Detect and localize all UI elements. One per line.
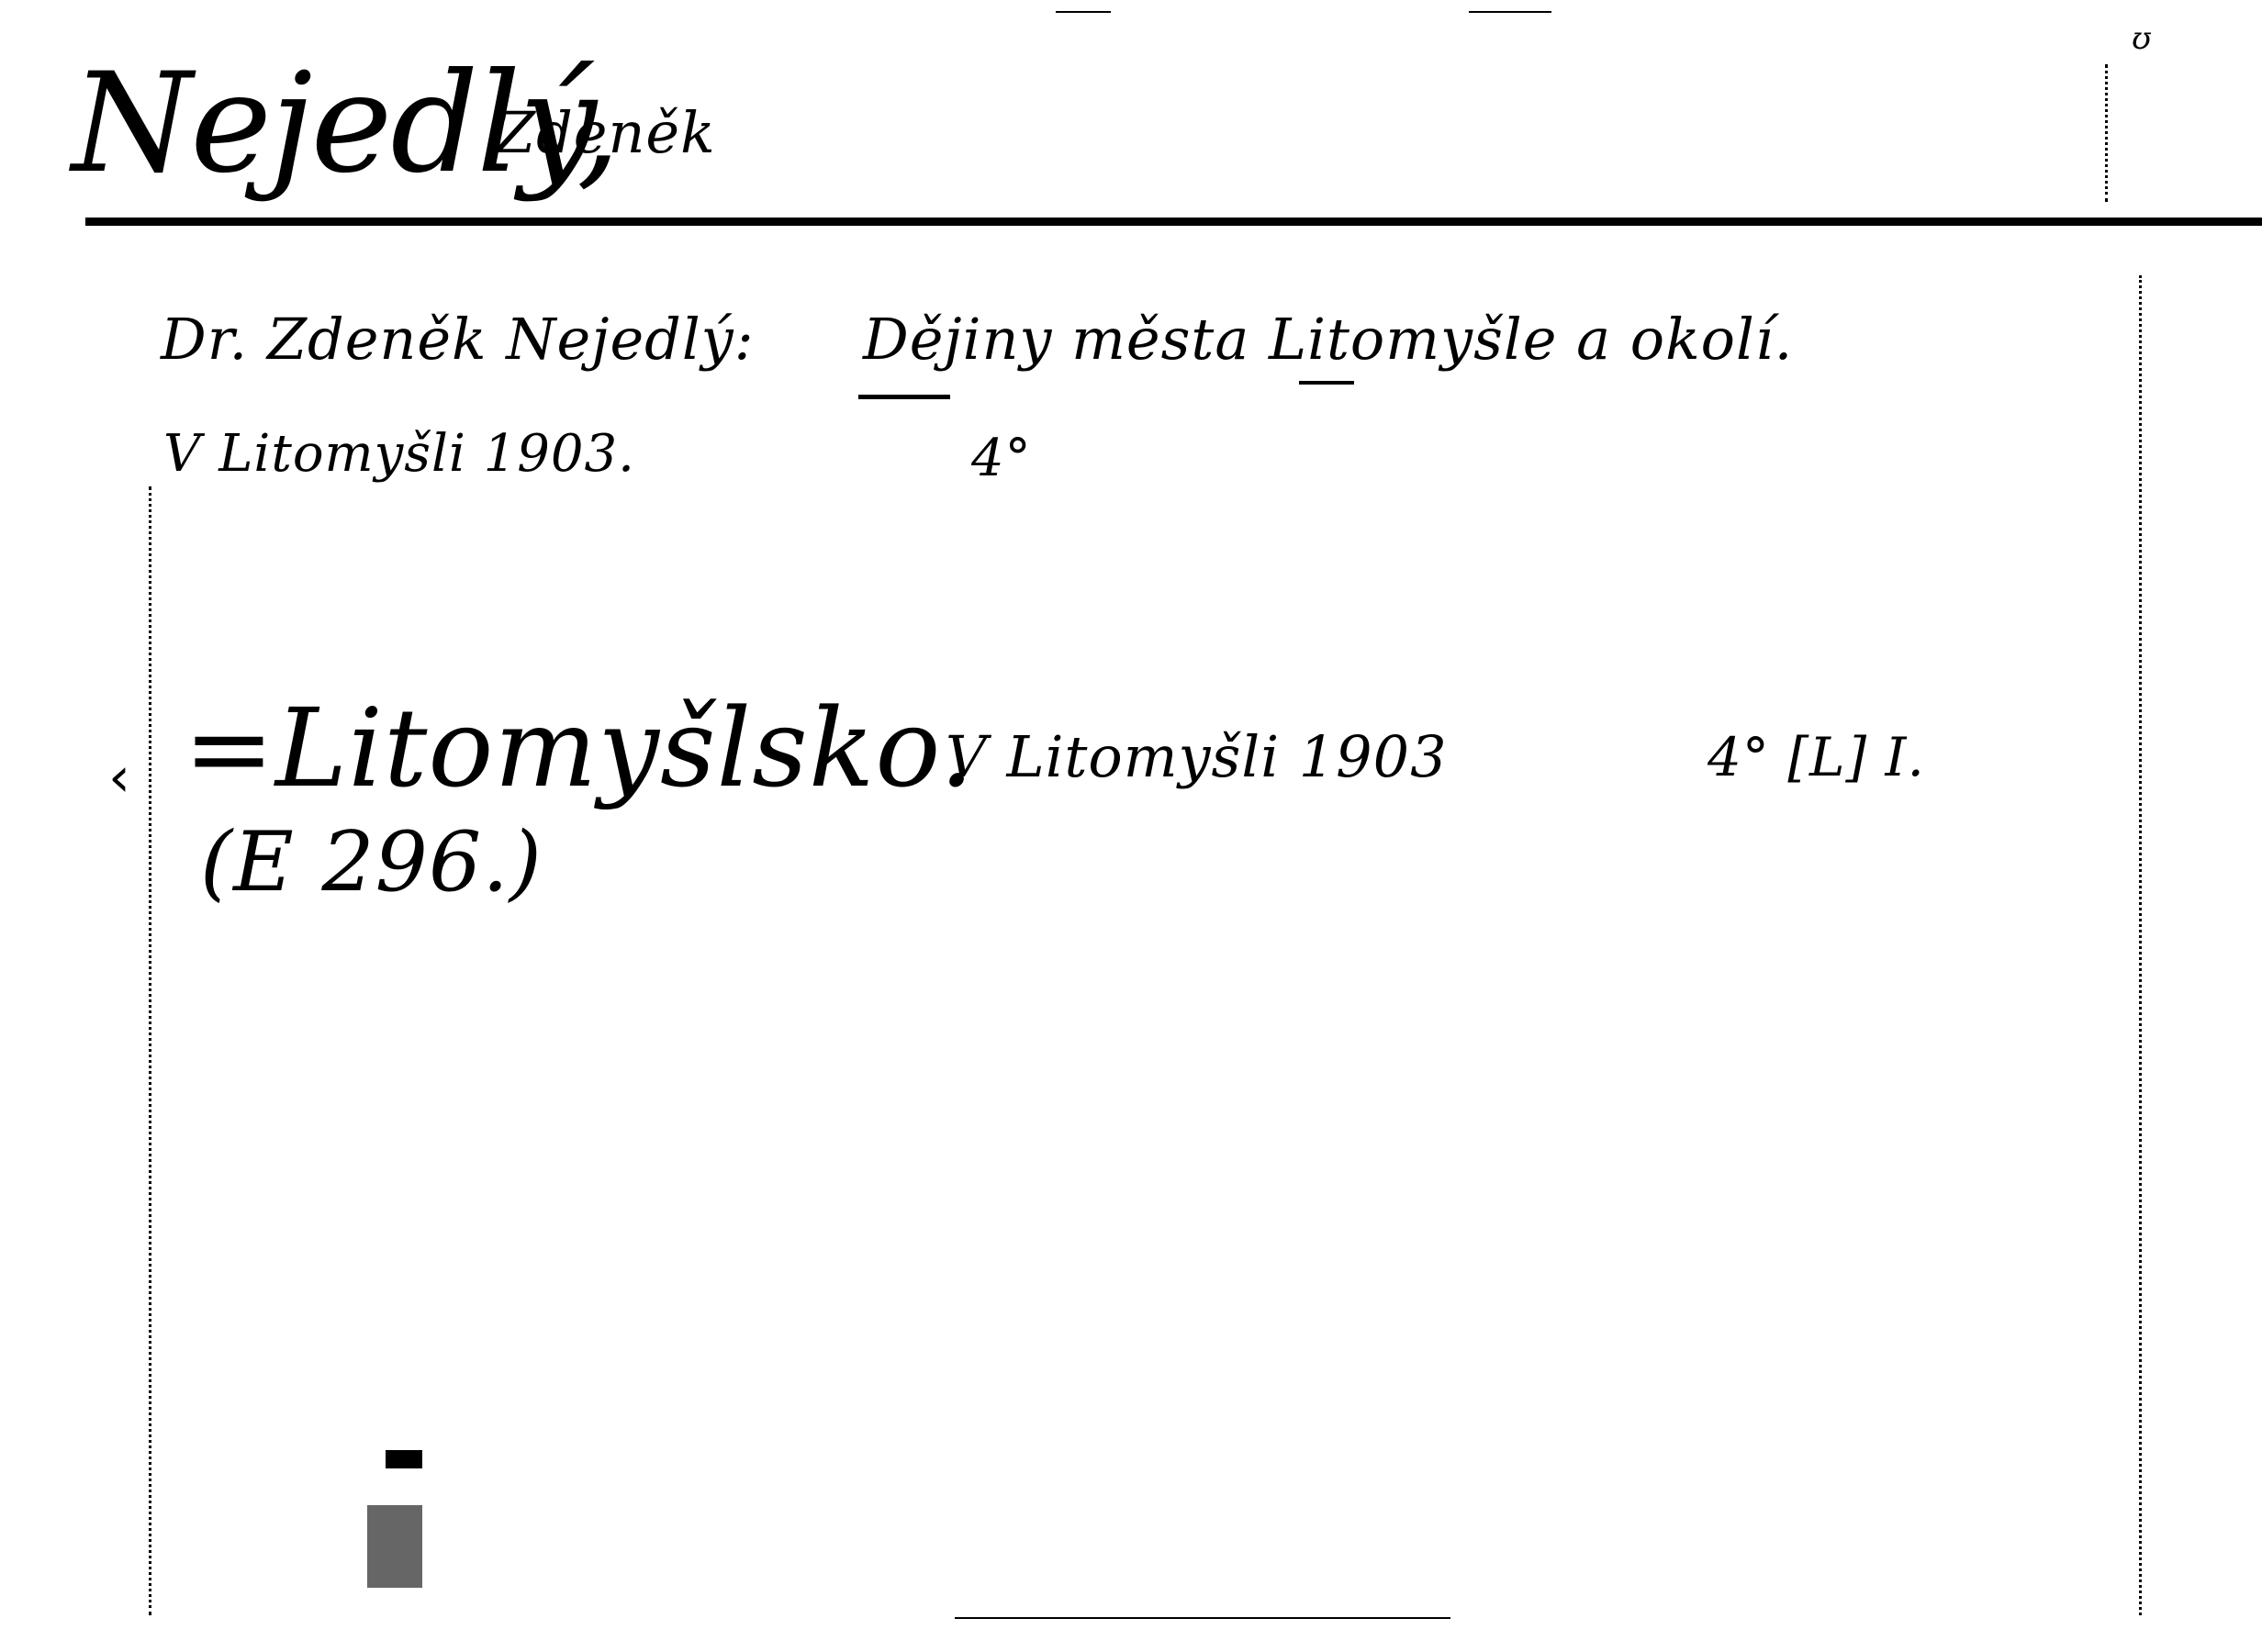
cross-ref-imprint: V Litomyšli 1903 bbox=[946, 716, 1448, 798]
imprint: V Litomyšli 1903. bbox=[163, 418, 635, 491]
cross-ref-prefix: = bbox=[184, 685, 275, 811]
cross-ref-format: 4° [L] I. bbox=[1708, 716, 1925, 798]
bracket-mark: ‹ bbox=[108, 745, 130, 809]
scan-noise bbox=[1469, 11, 1551, 13]
cross-ref-title-text: Litomyšlsko. bbox=[275, 685, 975, 811]
left-margin-dotted-line bbox=[149, 486, 151, 1615]
format: 4° bbox=[971, 422, 1032, 496]
cross-ref-title: =Litomyšlsko. bbox=[184, 675, 975, 821]
heading-given-name: Zdeněk bbox=[496, 96, 716, 170]
right-margin-dotted-line bbox=[2139, 275, 2142, 1615]
heading-rule bbox=[85, 218, 2262, 226]
right-margin-dotted-line-top bbox=[2105, 64, 2108, 202]
title-underline-mark-2 bbox=[1299, 381, 1354, 385]
title-underline-mark bbox=[858, 395, 950, 399]
catalog-card: ʊ Nejedlý, Zdeněk Dr. Zdeněk Nejedlý: Dě… bbox=[0, 0, 2262, 1652]
scan-noise bbox=[367, 1505, 422, 1588]
author-line: Dr. Zdeněk Nejedlý: bbox=[161, 298, 755, 381]
scan-noise bbox=[1056, 11, 1111, 13]
corner-mark: ʊ bbox=[2132, 20, 2151, 57]
scan-noise bbox=[955, 1617, 1450, 1619]
scan-noise bbox=[386, 1450, 422, 1468]
book-title: Dějiny města Litomyšle a okolí. bbox=[863, 298, 1793, 381]
shelfmark: (E 296.) bbox=[200, 808, 543, 918]
